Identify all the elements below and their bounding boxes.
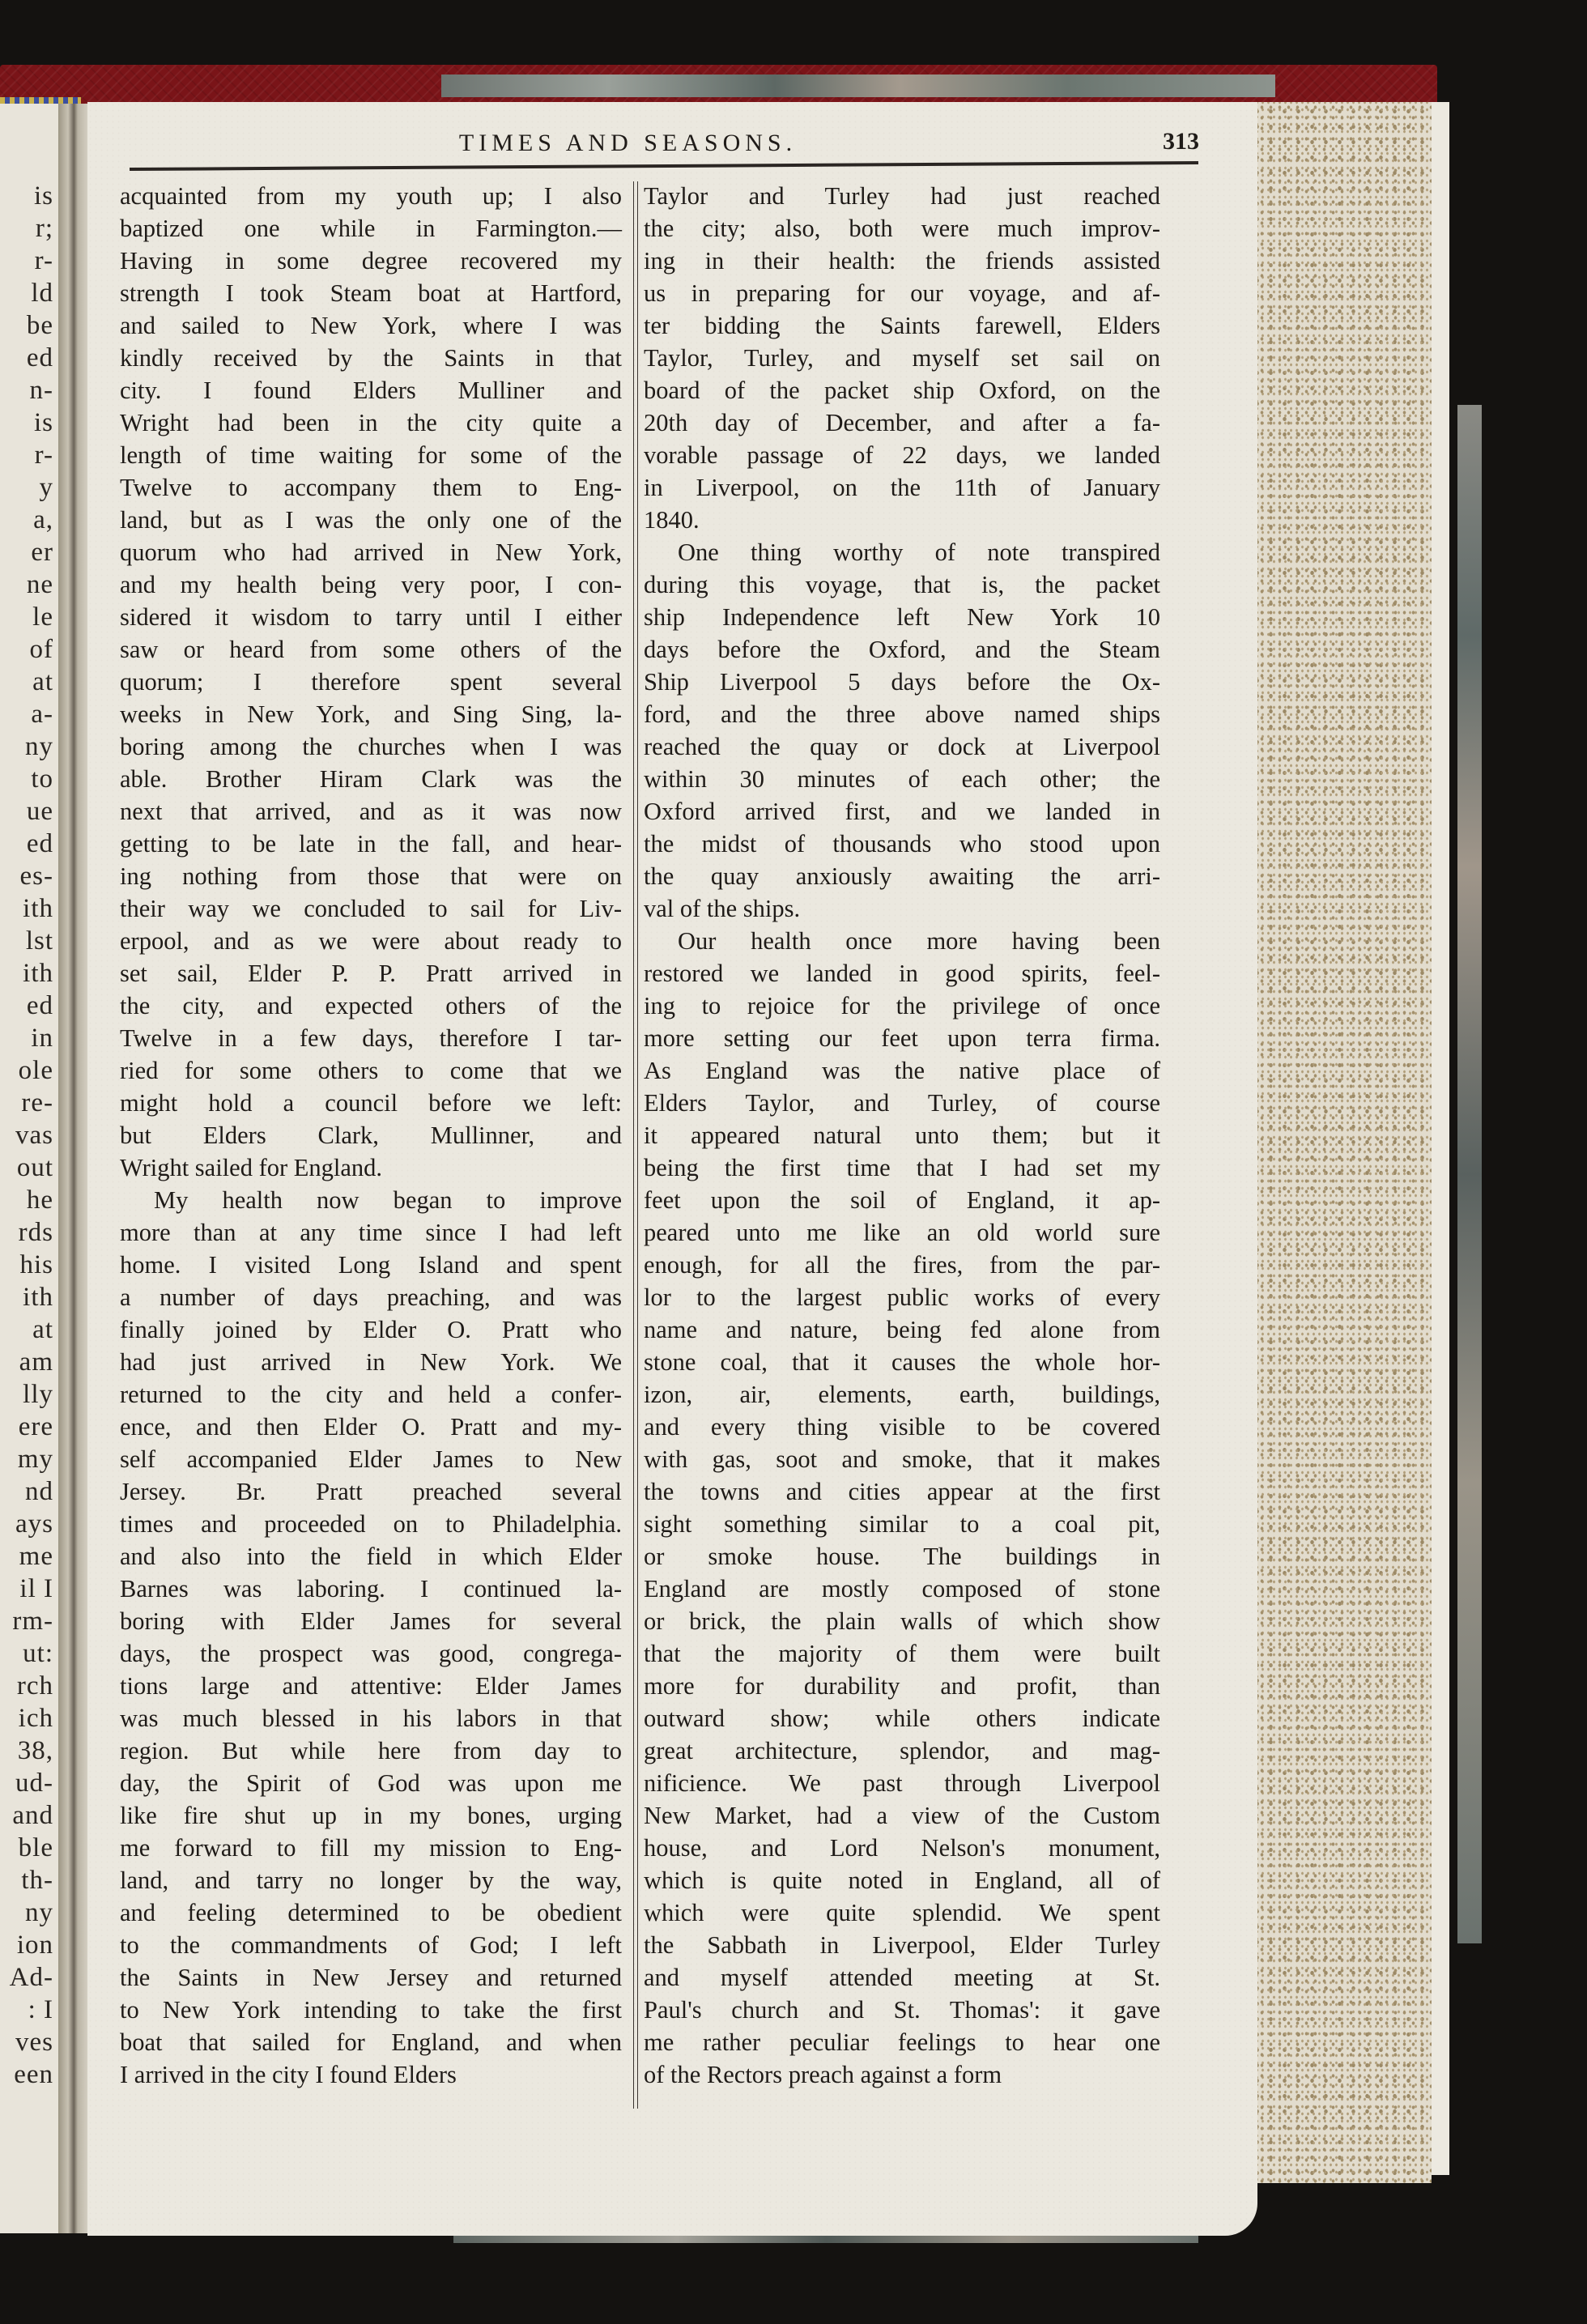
facing-page-text-fragment: ith <box>23 894 53 924</box>
text-line: acquainted from my youth up; I also <box>120 180 622 212</box>
text-line: great architecture, splendor, and mag- <box>644 1734 1160 1767</box>
text-line: and my health being very poor, I con- <box>120 568 622 601</box>
text-line: being the first time that I had set my <box>644 1151 1160 1184</box>
text-line: was much blessed in his labors in that <box>120 1702 622 1734</box>
facing-page-text-fragment: r- <box>35 441 53 470</box>
page-fore-edge <box>1257 102 1432 2183</box>
text-line: ing to rejoice for the privilege of once <box>644 990 1160 1022</box>
text-line: weeks in New York, and Sing Sing, la- <box>120 698 622 730</box>
facing-page-text-fragment: at <box>32 667 53 697</box>
text-line: the Saints in New Jersey and returned <box>120 1961 622 1994</box>
facing-page-text-fragment: ith <box>23 1283 53 1313</box>
facing-page-text-fragment: re- <box>21 1088 53 1118</box>
text-line: Ship Liverpool 5 days before the Ox- <box>644 666 1160 698</box>
column-divider <box>633 181 638 2109</box>
text-line: vorable passage of 22 days, we landed <box>644 439 1160 471</box>
text-line: Elders Taylor, and Turley, of course <box>644 1087 1160 1119</box>
column-left: acquainted from my youth up; I alsobapti… <box>120 180 622 2091</box>
facing-page-text-fragment: ich <box>19 1704 53 1734</box>
text-line: One thing worthy of note transpired <box>644 536 1160 568</box>
text-line: outward show; while others indicate <box>644 1702 1160 1734</box>
text-line: that the majority of them were built <box>644 1637 1160 1670</box>
text-line: strength I took Steam boat at Hartford, <box>120 277 622 309</box>
text-line: and feeling determined to be obedient <box>120 1896 622 1929</box>
text-line: Twelve to accompany them to Eng- <box>120 471 622 504</box>
text-line: Taylor, Turley, and myself set sail on <box>644 342 1160 374</box>
text-line: the Sabbath in Liverpool, Elder Turley <box>644 1929 1160 1961</box>
text-line: ing in their health: the friends assiste… <box>644 245 1160 277</box>
text-line: days before the Oxford, and the Steam <box>644 633 1160 666</box>
text-line: boring among the churches when I was <box>120 730 622 763</box>
facing-page-text-fragment: is <box>34 181 53 211</box>
facing-page-text-fragment: r- <box>35 246 53 276</box>
text-line: more setting our feet upon terra firma. <box>644 1022 1160 1054</box>
text-line: As England was the native place of <box>644 1054 1160 1087</box>
text-line: Taylor and Turley had just reached <box>644 180 1160 212</box>
facing-page-text-fragment: his <box>19 1250 53 1280</box>
text-line: it appeared natural unto them; but it <box>644 1119 1160 1151</box>
text-line: boring with Elder James for several <box>120 1605 622 1637</box>
text-line: Barnes was laboring. I continued la- <box>120 1573 622 1605</box>
text-line: next that arrived, and as it was now <box>120 795 622 828</box>
text-line: within 30 minutes of each other; the <box>644 763 1160 795</box>
text-line: more for durability and profit, than <box>644 1670 1160 1702</box>
text-line: set sail, Elder P. P. Pratt arrived in <box>120 957 622 990</box>
facing-page-text-fragment: at <box>32 1315 53 1345</box>
text-line: the towns and cities appear at the first <box>644 1475 1160 1508</box>
facing-page-text-fragment: rds <box>19 1218 53 1248</box>
text-line: and also into the field in which Elder <box>120 1540 622 1573</box>
text-line: land, but as I was the only one of the <box>120 504 622 536</box>
marbled-board-right <box>1457 405 1482 1943</box>
text-line: but Elders Clark, Mullinner, and <box>120 1119 622 1151</box>
text-line: sidered it wisdom to tarry until I eithe… <box>120 601 622 633</box>
facing-page-text-fragment: ith <box>23 959 53 989</box>
text-line: the city; also, both were much improv- <box>644 212 1160 245</box>
facing-page-text-fragment: er <box>31 538 53 568</box>
facing-page-text-fragment: ays <box>15 1509 53 1539</box>
text-line: 20th day of December, and after a fa- <box>644 406 1160 439</box>
text-line: Twelve in a few days, therefore I tar- <box>120 1022 622 1054</box>
text-line: house, and Lord Nelson's monument, <box>644 1832 1160 1864</box>
facing-page-text-fragment: ud- <box>15 1769 53 1798</box>
text-line: quorum who had arrived in New York, <box>120 536 622 568</box>
facing-page-text-fragment: : I <box>28 1995 53 2025</box>
facing-page-text-fragment: een <box>14 2060 53 2090</box>
facing-page-text-fragment: vas <box>15 1121 53 1151</box>
text-line: with gas, soot and smoke, that it makes <box>644 1443 1160 1475</box>
text-line: me rather peculiar feelings to hear one <box>644 2026 1160 2058</box>
text-line: tions large and attentive: Elder James <box>120 1670 622 1702</box>
text-line: nificience. We past through Liverpool <box>644 1767 1160 1799</box>
text-line: times and proceeded on to Philadelphia. <box>120 1508 622 1540</box>
facing-page-text-fragment: n- <box>30 376 54 406</box>
text-line: the city, and expected others of the <box>120 990 622 1022</box>
facing-page-text-fragment: ole <box>19 1056 53 1086</box>
text-line: a number of days preaching, and was <box>120 1281 622 1313</box>
facing-page-text-fragment: y <box>40 473 54 503</box>
facing-page-text-fragment: lst <box>26 926 53 956</box>
facing-page-text-fragment: to <box>31 764 53 794</box>
facing-page-text-fragment: ue <box>27 797 53 827</box>
text-line: 1840. <box>644 504 1160 536</box>
text-line: like fire shut up in my bones, urging <box>120 1799 622 1832</box>
facing-page-text-fragment: nd <box>25 1477 53 1507</box>
facing-page-text-fragment: in <box>31 1024 53 1053</box>
text-line: izon, air, elements, earth, buildings, <box>644 1378 1160 1411</box>
text-line: enough, for all the fires, from the par- <box>644 1249 1160 1281</box>
text-line: and myself attended meeting at St. <box>644 1961 1160 1994</box>
facing-page-text-fragment: ed <box>27 829 53 859</box>
facing-page-text-fragment: rm- <box>12 1607 53 1637</box>
facing-page-text-fragment: ere <box>19 1412 53 1442</box>
text-line: days, the prospect was good, congrega- <box>120 1637 622 1670</box>
facing-page-text-fragment: be <box>27 311 53 341</box>
text-line: their way we concluded to sail for Liv- <box>120 892 622 925</box>
text-line: returned to the city and held a confer- <box>120 1378 622 1411</box>
text-line: My health now began to improve <box>120 1184 622 1216</box>
facing-page-text-fragment: rch <box>17 1671 53 1701</box>
facing-page-text-fragment: th- <box>21 1866 53 1896</box>
facing-page-text-fragment: Ad- <box>10 1963 53 1993</box>
text-line: the midst of thousands who stood upon <box>644 828 1160 860</box>
text-line: to New York intending to take the first <box>120 1994 622 2026</box>
text-line: Wright sailed for England. <box>120 1151 622 1184</box>
text-line: might hold a council before we left: <box>120 1087 622 1119</box>
text-line: us in preparing for our voyage, and af- <box>644 277 1160 309</box>
facing-page-text-fragment: a, <box>33 505 53 535</box>
text-line: baptized one while in Farmington.— <box>120 212 622 245</box>
text-line: Oxford arrived first, and we landed in <box>644 795 1160 828</box>
text-line: Paul's church and St. Thomas': it gave <box>644 1994 1160 2026</box>
text-line: land, and tarry no longer by the way, <box>120 1864 622 1896</box>
facing-page-text-fragment: ion <box>17 1930 53 1960</box>
facing-page-text-fragment: is <box>34 408 53 438</box>
endpaper-edge <box>1432 102 1449 2175</box>
text-line: ried for some others to come that we <box>120 1054 622 1087</box>
text-line: erpool, and as we were about ready to <box>120 925 622 957</box>
text-line: ter bidding the Saints farewell, Elders <box>644 309 1160 342</box>
facing-page-left: isr;r-ldbeedn-isr-ya,erneleofata-nytouee… <box>0 104 58 2233</box>
facing-page-text-fragment: out <box>17 1153 53 1183</box>
text-line: reached the quay or dock at Liverpool <box>644 730 1160 763</box>
facing-page-text-fragment: a- <box>31 700 53 730</box>
text-line: able. Brother Hiram Clark was the <box>120 763 622 795</box>
facing-page-text-fragment: il I <box>19 1574 53 1604</box>
text-line: Wright had been in the city quite a <box>120 406 622 439</box>
running-head: TIMES AND SEASONS. 313 <box>87 130 1257 162</box>
text-line: and every thing visible to be covered <box>644 1411 1160 1443</box>
facing-page-text-fragment: le <box>32 602 53 632</box>
facing-page-text-fragment: r; <box>36 214 53 244</box>
facing-page-text-fragment: ed <box>27 343 53 373</box>
facing-page-text-fragment: 38, <box>18 1736 53 1766</box>
text-line: self accompanied Elder James to New <box>120 1443 622 1475</box>
text-line: of the Rectors preach against a form <box>644 2058 1160 2091</box>
facing-page-text-fragment: ny <box>25 1898 53 1928</box>
text-line: Having in some degree recovered my <box>120 245 622 277</box>
text-line: name and nature, being fed alone from <box>644 1313 1160 1346</box>
facing-page-text-fragment: lly <box>23 1380 53 1410</box>
text-line: ence, and then Elder O. Pratt and my- <box>120 1411 622 1443</box>
text-line: the quay anxiously awaiting the arri- <box>644 860 1160 892</box>
facing-page-text-fragment: ne <box>27 570 53 600</box>
facing-page-text-fragment: ves <box>15 2028 53 2058</box>
text-line: stone coal, that it causes the whole hor… <box>644 1346 1160 1378</box>
text-line: ford, and the three above named ships <box>644 698 1160 730</box>
text-line: I arrived in the city I found Elders <box>120 2058 622 2091</box>
running-title: TIMES AND SEASONS. <box>43 130 1213 157</box>
text-line: Jersey. Br. Pratt preached several <box>120 1475 622 1508</box>
facing-page-text-fragment: am <box>19 1347 53 1377</box>
facing-page-text-fragment: ed <box>27 991 53 1021</box>
text-line: region. But while here from day to <box>120 1734 622 1767</box>
text-line: more than at any time since I had left <box>120 1216 622 1249</box>
text-line: which were quite splendid. We spent <box>644 1896 1160 1929</box>
text-line: which is quite noted in England, all of <box>644 1864 1160 1896</box>
text-line: ing nothing from those that were on <box>120 860 622 892</box>
facing-page-text-fragment: me <box>19 1542 53 1572</box>
text-line: during this voyage, that is, the packet <box>644 568 1160 601</box>
text-line: peared unto me like an old world sure <box>644 1216 1160 1249</box>
text-line: kindly received by the Saints in that <box>120 342 622 374</box>
text-line: length of time waiting for some of the <box>120 439 622 471</box>
text-line: saw or heard from some others of the <box>120 633 622 666</box>
facing-page-text-fragment: and <box>12 1801 53 1831</box>
text-line: me forward to fill my mission to Eng- <box>120 1832 622 1864</box>
facing-page-text-fragment: he <box>27 1185 53 1215</box>
text-line: restored we landed in good spirits, feel… <box>644 957 1160 990</box>
facing-page-text-fragment: my <box>18 1445 53 1475</box>
column-right: Taylor and Turley had just reachedthe ci… <box>644 180 1160 2091</box>
text-line: sight something similar to a coal pit, <box>644 1508 1160 1540</box>
text-line: boat that sailed for England, and when <box>120 2026 622 2058</box>
text-line: board of the packet ship Oxford, on the <box>644 374 1160 406</box>
text-line: or smoke house. The buildings in <box>644 1540 1160 1573</box>
text-line: finally joined by Elder O. Pratt who <box>120 1313 622 1346</box>
text-line: had just arrived in New York. We <box>120 1346 622 1378</box>
text-line: ship Independence left New York 10 <box>644 601 1160 633</box>
text-line: to the commandments of God; I left <box>120 1929 622 1961</box>
text-line: feet upon the soil of England, it ap- <box>644 1184 1160 1216</box>
facing-page-text-fragment: of <box>30 635 54 665</box>
text-line: lor to the largest public works of every <box>644 1281 1160 1313</box>
text-line: and sailed to New York, where I was <box>120 309 622 342</box>
gutter <box>58 104 91 2233</box>
text-line: New Market, had a view of the Custom <box>644 1799 1160 1832</box>
text-line: city. I found Elders Mulliner and <box>120 374 622 406</box>
text-line: Our health once more having been <box>644 925 1160 957</box>
text-line: home. I visited Long Island and spent <box>120 1249 622 1281</box>
marbled-board-top <box>441 74 1275 97</box>
text-line: in Liverpool, on the 11th of January <box>644 471 1160 504</box>
text-line: quorum; I therefore spent several <box>120 666 622 698</box>
text-line: val of the ships. <box>644 892 1160 925</box>
text-line: or brick, the plain walls of which show <box>644 1605 1160 1637</box>
text-line: England are mostly composed of stone <box>644 1573 1160 1605</box>
text-line: day, the Spirit of God was upon me <box>120 1767 622 1799</box>
facing-page-text-fragment: ble <box>19 1833 53 1863</box>
facing-page-text-fragment: ny <box>25 732 53 762</box>
page-number: 313 <box>1163 128 1199 155</box>
facing-page-text-fragment: ut: <box>23 1639 53 1669</box>
facing-page-text-fragment: es- <box>20 862 53 892</box>
text-line: getting to be late in the fall, and hear… <box>120 828 622 860</box>
facing-page-text-fragment: ld <box>31 279 53 309</box>
